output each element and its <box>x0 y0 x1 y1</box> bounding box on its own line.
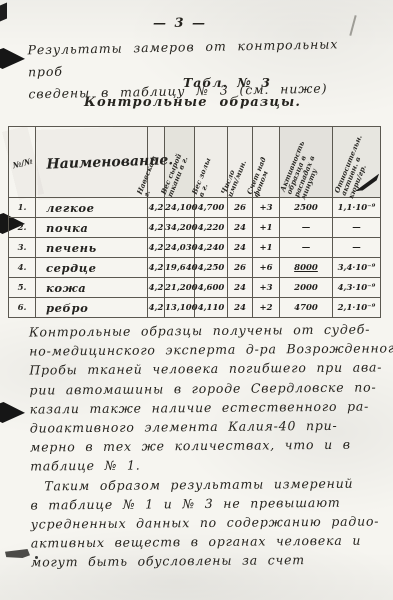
table-cell: почка <box>36 218 148 238</box>
column-header: Активность образца в распадах в минуту <box>280 127 333 198</box>
body-text: Контрольные образцы получены от судеб-но… <box>29 319 379 572</box>
table-cell: 24 <box>228 278 253 298</box>
column-header: Наименование. <box>34 125 148 200</box>
table-cell: 4,250 <box>195 258 228 278</box>
table-row: 5.кожа4,221,2004,60024+320004,3·10⁻⁹ <box>9 278 381 298</box>
table-cell: — <box>280 218 333 238</box>
underlined-value: 8000 <box>294 263 318 273</box>
ink-smudge-icon <box>5 549 30 558</box>
table-cell: 5. <box>9 278 36 298</box>
table-row: 4.сердце4,219,6404,25026+680003,4·10⁻⁹ <box>9 258 381 278</box>
table-cell: 4,110 <box>195 298 228 318</box>
table-cell: 4,2 <box>148 298 165 318</box>
table-cell: 26 <box>228 258 253 278</box>
table-cell: +1 <box>253 218 280 238</box>
text-line: могут быть обусловлены за счет <box>31 550 379 572</box>
table-cell: 4700 <box>280 298 333 318</box>
table-cell: печень <box>36 238 148 258</box>
table-cell: 4,220 <box>195 218 228 238</box>
text-line: Пробы тканей человека погибшего при ава- <box>29 358 377 380</box>
table-cell: 1,1·10⁻⁹ <box>333 198 381 218</box>
table-row: 3.печень4,224,0304,24024+1—— <box>9 238 381 258</box>
table-cell: 24 <box>228 238 253 258</box>
table-cell: +2 <box>253 298 280 318</box>
table-cell: 26 <box>228 198 253 218</box>
table-cell: 6. <box>9 298 36 318</box>
table-cell: 2,1·10⁻⁹ <box>333 298 381 318</box>
column-header: Вес сырой ткани в г. <box>165 127 195 198</box>
table-cell: 4. <box>9 258 36 278</box>
column-header: Счет над фоном <box>253 127 280 198</box>
table-cell: 19,640 <box>165 258 195 278</box>
table-cell: ребро <box>36 298 148 318</box>
results-table: №/№Наименование.Навеска в г.Вес сырой тк… <box>8 126 381 318</box>
table-cell: 4,2 <box>148 238 165 258</box>
table-cell: 4,240 <box>195 238 228 258</box>
scanned-document: { "colors": {"ink": "#26241f", "paper": … <box>0 0 393 600</box>
table-cell: — <box>333 218 381 238</box>
table-cell: 4,700 <box>195 198 228 218</box>
table-cell: +3 <box>253 198 280 218</box>
table-cell: 1. <box>9 198 36 218</box>
table-cell: 4,2 <box>148 278 165 298</box>
table-cell: 2. <box>9 218 36 238</box>
column-header: Относительн. активн. в кюри/гр. <box>333 127 381 198</box>
page-number: — 3 — <box>0 16 360 31</box>
table-row: 6.ребро4,213,1004,11024+247002,1·10⁻⁹ <box>9 298 381 318</box>
table-cell: 13,100 <box>165 298 195 318</box>
table-cell: 34,200 <box>165 218 195 238</box>
table-cell: +3 <box>253 278 280 298</box>
table-cell: — <box>280 238 333 258</box>
table-cell: сердце <box>36 258 148 278</box>
table-cell: 24 <box>228 218 253 238</box>
table-cell: 3. <box>9 238 36 258</box>
table-cell: 4,2 <box>148 218 165 238</box>
binding-mark-icon <box>0 48 25 69</box>
table-cell: легкое <box>36 198 148 218</box>
text-line: активных веществ в органах человека и <box>31 531 379 553</box>
table-cell: 4,2 <box>148 198 165 218</box>
text-line: мерно в тех же количествах, что и в <box>30 435 378 457</box>
table-cell: 8000 <box>280 258 333 278</box>
table-cell: 2000 <box>280 278 333 298</box>
table-cell: 21,200 <box>165 278 195 298</box>
table-subcaption: Контрольные образцы. <box>84 95 301 110</box>
table-row: 2.почка4,234,2004,22024+1—— <box>9 218 381 238</box>
binding-mark-icon <box>0 402 25 423</box>
table-cell: 24,030 <box>165 238 195 258</box>
table-cell: 4,600 <box>195 278 228 298</box>
table-cell: 4,2 <box>148 258 165 278</box>
table-caption: Табл. № 3 <box>183 75 271 90</box>
table-row: 1.легкое4,224,1004,70026+325001,1·10⁻⁹ <box>9 198 381 218</box>
table-cell: 4,3·10⁻⁹ <box>333 278 381 298</box>
table-cell: — <box>333 238 381 258</box>
table-cell: 24 <box>228 298 253 318</box>
table-cell: +1 <box>253 238 280 258</box>
table-cell: кожа <box>36 278 148 298</box>
table-cell: +6 <box>253 258 280 278</box>
table-cell: 3,4·10⁻⁹ <box>333 258 381 278</box>
table-header-row: №/№Наименование.Навеска в г.Вес сырой тк… <box>9 127 381 198</box>
column-header-label: Активность образца в распадах в минуту <box>279 123 333 201</box>
column-header-label: Относительн. активн. в кюри/гр. <box>333 124 381 199</box>
table-cell: 24,100 <box>165 198 195 218</box>
